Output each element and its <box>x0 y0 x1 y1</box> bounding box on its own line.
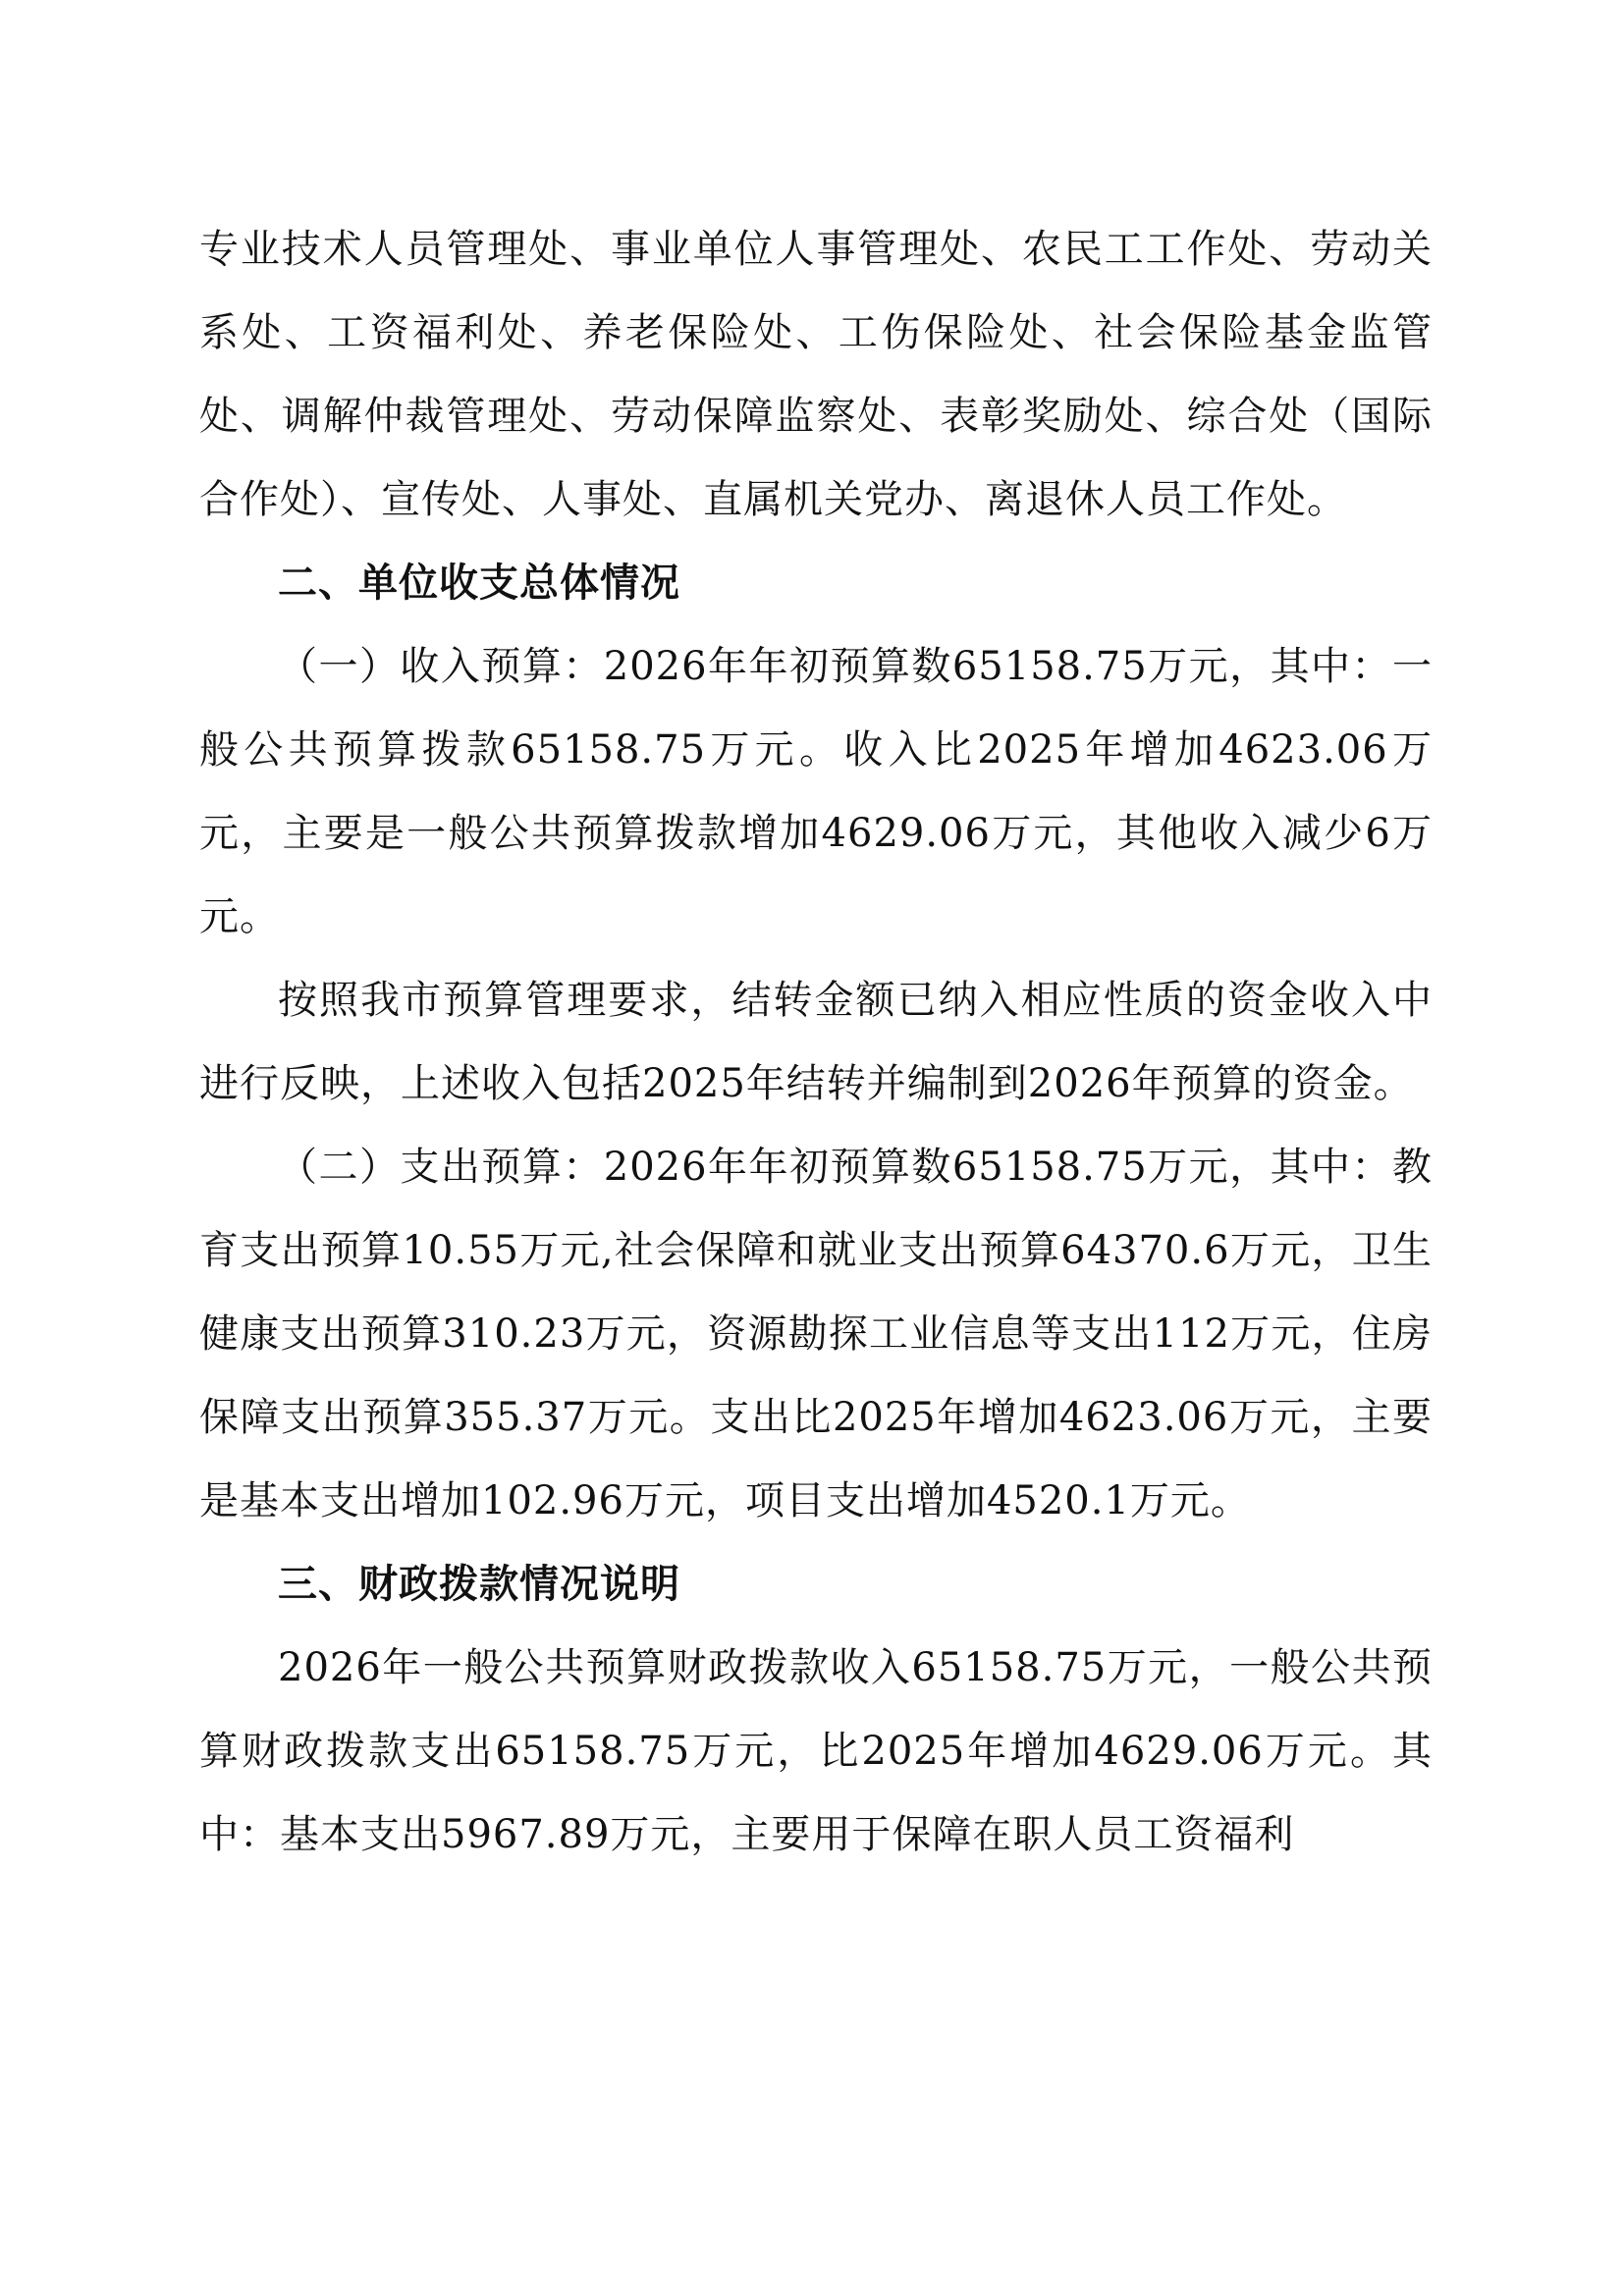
expenditure-budget-paragraph: （二）支出预算：2026年年初预算数65158.75万元，其中：教育支出预算10… <box>199 1126 1433 1543</box>
section-heading-revenue-expenditure-overview: 二、单位收支总体情况 <box>199 542 1433 625</box>
section-heading-fiscal-appropriation: 三、财政拨款情况说明 <box>199 1543 1433 1627</box>
carryover-note-paragraph: 按照我市预算管理要求，结转金额已纳入相应性质的资金收入中进行反映，上述收入包括2… <box>199 959 1433 1126</box>
department-list-paragraph: 专业技术人员管理处、事业单位人事管理处、农民工工作处、劳动关系处、工资福利处、养… <box>199 208 1433 542</box>
revenue-budget-paragraph: （一）收入预算：2026年年初预算数65158.75万元，其中：一般公共预算拨款… <box>199 625 1433 959</box>
document-body: 专业技术人员管理处、事业单位人事管理处、农民工工作处、劳动关系处、工资福利处、养… <box>199 208 1433 1877</box>
fiscal-appropriation-paragraph: 2026年一般公共预算财政拨款收入65158.75万元，一般公共预算财政拨款支出… <box>199 1627 1433 1877</box>
document-page: 专业技术人员管理处、事业单位人事管理处、农民工工作处、劳动关系处、工资福利处、养… <box>0 0 1624 2296</box>
